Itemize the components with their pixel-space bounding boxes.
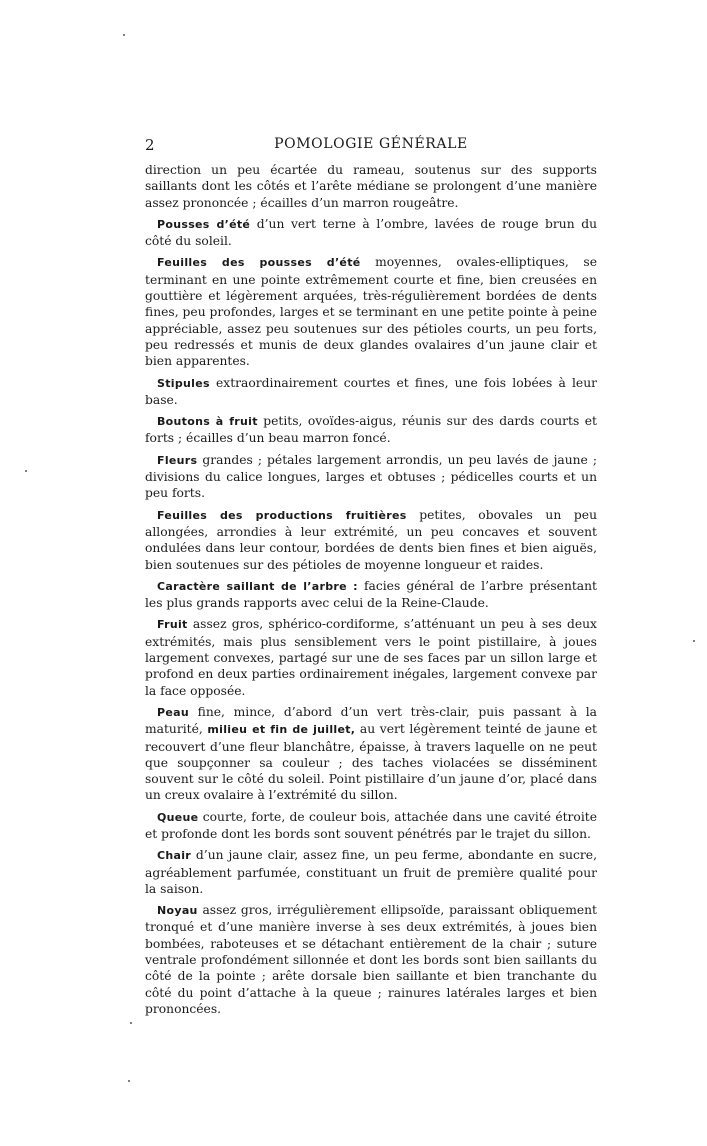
- paragraph-term: Fleurs: [157, 454, 197, 467]
- paragraph-stipules: Stipules extraordinairement courtes et f…: [145, 375, 597, 409]
- paragraph-pousses-ete: Pousses d’été d’un vert terne à l’ombre,…: [145, 216, 597, 250]
- scan-speck: [25, 470, 27, 472]
- scan-speck: [128, 1080, 130, 1082]
- paragraph-feuilles-pousses: Feuilles des pousses d’été moyennes, ova…: [145, 254, 597, 369]
- paragraph-chair: Chair d’un jaune clair, assez fine, un p…: [145, 847, 597, 897]
- paragraph-term-maturity: milieu et fin de juillet,: [207, 723, 355, 736]
- paragraph-feuilles-productions: Feuilles des productions fruitières peti…: [145, 507, 597, 573]
- paragraph-continuation: direction un peu écartée du rameau, sout…: [145, 162, 597, 211]
- running-title: POMOLOGIE GÉNÉRALE: [145, 136, 597, 152]
- paragraph-term: Caractère saillant de l’arbre :: [157, 580, 358, 593]
- paragraph-fleurs: Fleurs grandes ; pétales largement arron…: [145, 452, 597, 502]
- paragraph-queue: Queue courte, forte, de couleur bois, at…: [145, 809, 597, 843]
- paragraph-noyau: Noyau assez gros, irrégulièrement ellips…: [145, 902, 597, 1017]
- paragraph-term: Fruit: [157, 618, 188, 631]
- paragraph-term: Feuilles des pousses d’été: [157, 256, 361, 269]
- paragraph-text: assez gros, irrégulièrement ellipsoïde, …: [145, 903, 597, 1016]
- paragraph-fruit: Fruit assez gros, sphérico-cordiforme, s…: [145, 616, 597, 698]
- book-page: 2 POMOLOGIE GÉNÉRALE direction un peu éc…: [145, 136, 597, 1022]
- body-text: direction un peu écartée du rameau, sout…: [145, 162, 597, 1017]
- paragraph-term: Boutons à fruit: [157, 415, 258, 428]
- paragraph-term: Pousses d’été: [157, 218, 250, 231]
- paragraph-term: Feuilles des productions fruitières: [157, 509, 407, 522]
- paragraph-term: Chair: [157, 849, 191, 862]
- paragraph-text: extraordinairement courtes et fines, une…: [145, 376, 597, 407]
- paragraph-text: grandes ; pétales largement arrondis, un…: [145, 453, 597, 501]
- running-head: 2 POMOLOGIE GÉNÉRALE: [145, 136, 597, 160]
- paragraph-term: Queue: [157, 811, 198, 824]
- paragraph-text: d’un jaune clair, assez fine, un peu fer…: [145, 848, 597, 896]
- scan-speck: [123, 34, 125, 36]
- paragraph-peau: Peau fine, mince, d’abord d’un vert très…: [145, 704, 597, 804]
- paragraph-term: Stipules: [157, 377, 210, 390]
- paragraph-text: direction un peu écartée du rameau, sout…: [145, 163, 597, 210]
- paragraph-text: moyennes, ovales-elliptiques, se termina…: [145, 255, 597, 368]
- paragraph-caractere: Caractère saillant de l’arbre : facies g…: [145, 578, 597, 612]
- paragraph-text: courte, forte, de couleur bois, attachée…: [145, 810, 597, 841]
- scan-speck: [693, 640, 695, 642]
- paragraph-text: assez gros, sphérico-cordiforme, s’attén…: [145, 617, 597, 697]
- paragraph-boutons-fruit: Boutons à fruit petits, ovoïdes-aigus, r…: [145, 413, 597, 447]
- paragraph-term: Peau: [157, 706, 189, 719]
- scan-speck: [130, 1022, 132, 1024]
- paragraph-term: Noyau: [157, 904, 198, 917]
